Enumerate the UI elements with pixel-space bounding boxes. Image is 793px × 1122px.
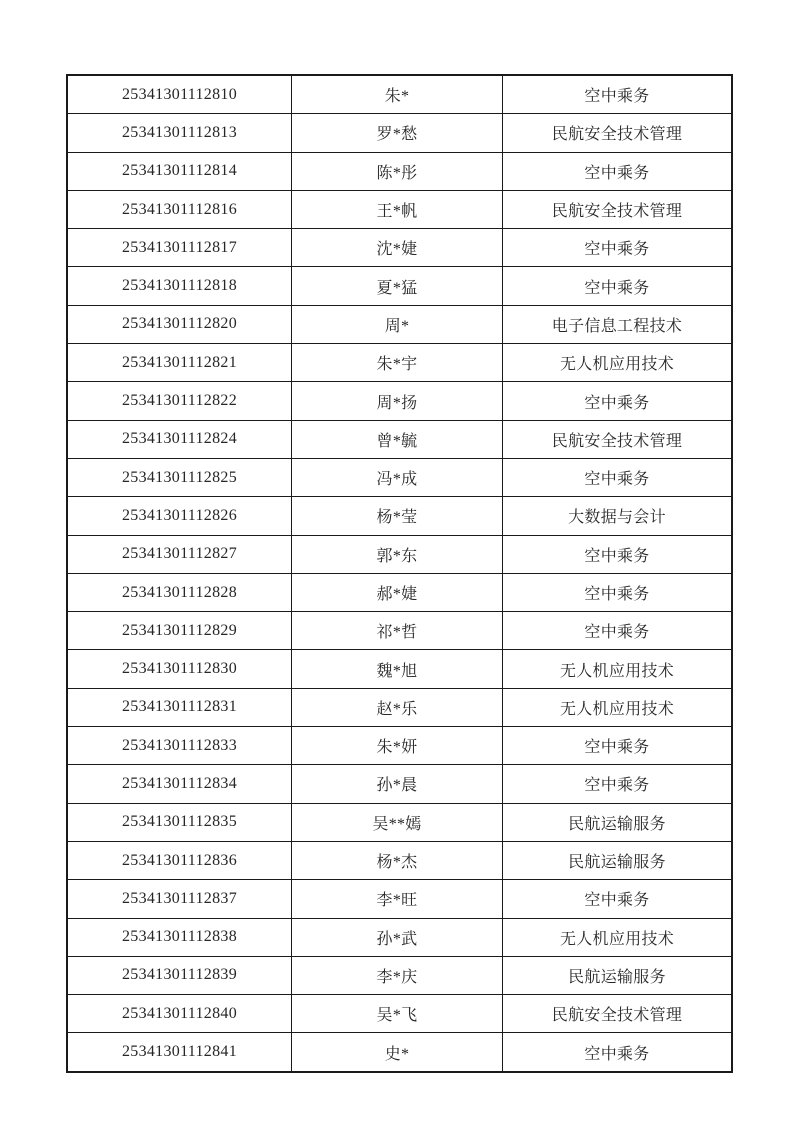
major-cell: 空中乘务	[503, 382, 733, 420]
major-cell: 大数据与会计	[503, 497, 733, 535]
candidate-name-cell: 李*庆	[292, 956, 503, 994]
candidate-name-cell: 郝*婕	[292, 573, 503, 611]
candidate-number-cell: 25341301112841	[67, 1033, 292, 1072]
major-cell: 空中乘务	[503, 229, 733, 267]
candidate-name-cell: 周*扬	[292, 382, 503, 420]
candidate-name-cell: 杨*杰	[292, 841, 503, 879]
major-cell: 空中乘务	[503, 535, 733, 573]
candidate-name-cell: 朱*宇	[292, 344, 503, 382]
candidate-name-cell: 赵*乐	[292, 688, 503, 726]
candidate-name-cell: 魏*旭	[292, 650, 503, 688]
table-row: 25341301112836 杨*杰 民航运输服务	[67, 841, 732, 879]
candidate-name-cell: 史*	[292, 1033, 503, 1072]
major-cell: 空中乘务	[503, 75, 733, 114]
table-row: 25341301112816 王*帆 民航安全技术管理	[67, 190, 732, 228]
candidate-name-cell: 祁*哲	[292, 612, 503, 650]
major-cell: 无人机应用技术	[503, 688, 733, 726]
major-cell: 空中乘务	[503, 458, 733, 496]
candidate-name-cell: 杨*莹	[292, 497, 503, 535]
major-cell: 空中乘务	[503, 573, 733, 611]
table-row: 25341301112838 孙*武 无人机应用技术	[67, 918, 732, 956]
candidate-name-cell: 吴*飞	[292, 995, 503, 1033]
candidate-number-cell: 25341301112839	[67, 956, 292, 994]
major-cell: 无人机应用技术	[503, 344, 733, 382]
candidate-name-cell: 王*帆	[292, 190, 503, 228]
table-row: 25341301112818 夏*猛 空中乘务	[67, 267, 732, 305]
candidate-number-cell: 25341301112822	[67, 382, 292, 420]
candidate-number-cell: 25341301112834	[67, 765, 292, 803]
candidate-number-cell: 25341301112824	[67, 420, 292, 458]
candidate-name-cell: 冯*成	[292, 458, 503, 496]
major-cell: 空中乘务	[503, 765, 733, 803]
candidate-number-cell: 25341301112833	[67, 727, 292, 765]
table-row: 25341301112827 郭*东 空中乘务	[67, 535, 732, 573]
table-row: 25341301112826 杨*莹 大数据与会计	[67, 497, 732, 535]
candidate-name-cell: 李*旺	[292, 880, 503, 918]
candidate-name-cell: 罗*愁	[292, 114, 503, 152]
candidate-roster-table: 25341301112810 朱* 空中乘务 25341301112813 罗*…	[66, 74, 733, 1073]
table-row: 25341301112835 吴**嫣 民航运输服务	[67, 803, 732, 841]
candidate-name-cell: 朱*妍	[292, 727, 503, 765]
candidate-number-cell: 25341301112814	[67, 152, 292, 190]
major-cell: 空中乘务	[503, 727, 733, 765]
candidate-number-cell: 25341301112840	[67, 995, 292, 1033]
major-cell: 空中乘务	[503, 612, 733, 650]
candidate-number-cell: 25341301112826	[67, 497, 292, 535]
table-row: 25341301112841 史* 空中乘务	[67, 1033, 732, 1072]
candidate-number-cell: 25341301112813	[67, 114, 292, 152]
candidate-number-cell: 25341301112827	[67, 535, 292, 573]
candidate-name-cell: 吴**嫣	[292, 803, 503, 841]
document-page: 25341301112810 朱* 空中乘务 25341301112813 罗*…	[0, 0, 793, 1122]
candidate-number-cell: 25341301112828	[67, 573, 292, 611]
table-row: 25341301112824 曾*毓 民航安全技术管理	[67, 420, 732, 458]
table-row: 25341301112810 朱* 空中乘务	[67, 75, 732, 114]
candidate-number-cell: 25341301112835	[67, 803, 292, 841]
table-row: 25341301112837 李*旺 空中乘务	[67, 880, 732, 918]
major-cell: 空中乘务	[503, 267, 733, 305]
table-row: 25341301112814 陈*彤 空中乘务	[67, 152, 732, 190]
candidate-number-cell: 25341301112821	[67, 344, 292, 382]
candidate-number-cell: 25341301112837	[67, 880, 292, 918]
major-cell: 民航安全技术管理	[503, 995, 733, 1033]
table-row: 25341301112834 孙*晨 空中乘务	[67, 765, 732, 803]
major-cell: 民航安全技术管理	[503, 420, 733, 458]
candidate-number-cell: 25341301112836	[67, 841, 292, 879]
major-cell: 民航安全技术管理	[503, 114, 733, 152]
table-row: 25341301112820 周* 电子信息工程技术	[67, 305, 732, 343]
candidate-number-cell: 25341301112816	[67, 190, 292, 228]
candidate-name-cell: 周*	[292, 305, 503, 343]
major-cell: 民航运输服务	[503, 841, 733, 879]
candidate-name-cell: 沈*婕	[292, 229, 503, 267]
candidate-number-cell: 25341301112820	[67, 305, 292, 343]
candidate-name-cell: 夏*猛	[292, 267, 503, 305]
candidate-number-cell: 25341301112817	[67, 229, 292, 267]
table-row: 25341301112828 郝*婕 空中乘务	[67, 573, 732, 611]
major-cell: 民航运输服务	[503, 803, 733, 841]
roster-table-body: 25341301112810 朱* 空中乘务 25341301112813 罗*…	[67, 75, 732, 1072]
table-row: 25341301112829 祁*哲 空中乘务	[67, 612, 732, 650]
candidate-number-cell: 25341301112830	[67, 650, 292, 688]
candidate-number-cell: 25341301112831	[67, 688, 292, 726]
table-row: 25341301112840 吴*飞 民航安全技术管理	[67, 995, 732, 1033]
table-row: 25341301112830 魏*旭 无人机应用技术	[67, 650, 732, 688]
major-cell: 民航安全技术管理	[503, 190, 733, 228]
table-row: 25341301112817 沈*婕 空中乘务	[67, 229, 732, 267]
major-cell: 无人机应用技术	[503, 650, 733, 688]
candidate-number-cell: 25341301112810	[67, 75, 292, 114]
table-row: 25341301112825 冯*成 空中乘务	[67, 458, 732, 496]
table-row: 25341301112813 罗*愁 民航安全技术管理	[67, 114, 732, 152]
candidate-name-cell: 陈*彤	[292, 152, 503, 190]
major-cell: 空中乘务	[503, 880, 733, 918]
major-cell: 空中乘务	[503, 1033, 733, 1072]
candidate-number-cell: 25341301112829	[67, 612, 292, 650]
major-cell: 无人机应用技术	[503, 918, 733, 956]
table-row: 25341301112831 赵*乐 无人机应用技术	[67, 688, 732, 726]
candidate-number-cell: 25341301112825	[67, 458, 292, 496]
major-cell: 电子信息工程技术	[503, 305, 733, 343]
candidate-name-cell: 郭*东	[292, 535, 503, 573]
candidate-number-cell: 25341301112838	[67, 918, 292, 956]
table-row: 25341301112833 朱*妍 空中乘务	[67, 727, 732, 765]
candidate-name-cell: 孙*晨	[292, 765, 503, 803]
candidate-name-cell: 朱*	[292, 75, 503, 114]
table-row: 25341301112821 朱*宇 无人机应用技术	[67, 344, 732, 382]
table-row: 25341301112822 周*扬 空中乘务	[67, 382, 732, 420]
table-row: 25341301112839 李*庆 民航运输服务	[67, 956, 732, 994]
major-cell: 民航运输服务	[503, 956, 733, 994]
candidate-name-cell: 孙*武	[292, 918, 503, 956]
candidate-name-cell: 曾*毓	[292, 420, 503, 458]
major-cell: 空中乘务	[503, 152, 733, 190]
candidate-number-cell: 25341301112818	[67, 267, 292, 305]
